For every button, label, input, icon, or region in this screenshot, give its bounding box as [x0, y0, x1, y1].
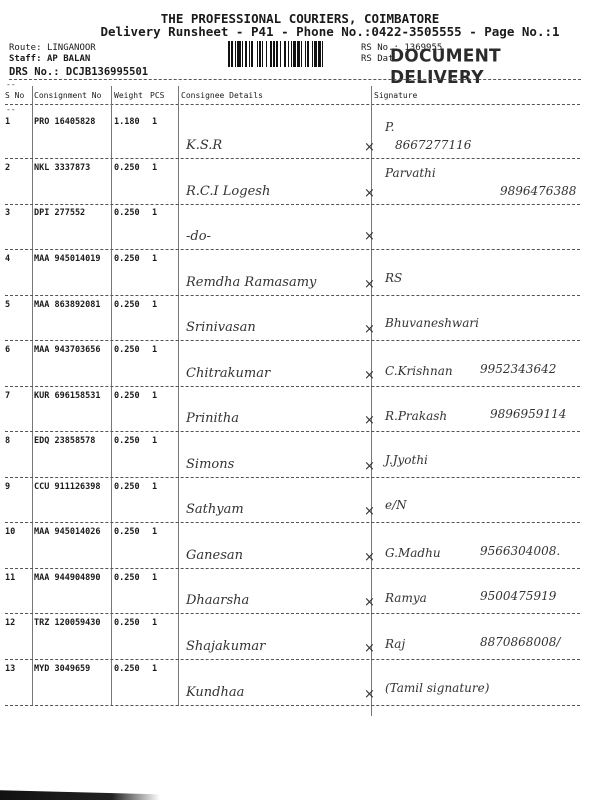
row-divider	[5, 613, 580, 614]
route-value: LINGANOOR	[47, 43, 96, 53]
cell-weight: 0.250	[114, 254, 140, 264]
cell-signature: (Tamil signature)	[385, 681, 489, 695]
cell-pcs: 1	[152, 618, 157, 628]
cell-sno: 5	[5, 300, 10, 310]
cell-consignee: Chitrakumar	[186, 366, 270, 381]
cross-mark: ×	[364, 229, 375, 244]
cell-sno: 1	[5, 117, 10, 127]
cell-consignment: CCU 911126398	[34, 482, 101, 492]
col-header-signature: Signature	[374, 91, 417, 100]
row-divider	[5, 158, 580, 159]
row-divider	[5, 204, 580, 205]
cell-sno: 11	[5, 573, 15, 583]
cell-weight: 0.250	[114, 573, 140, 583]
cell-consignee: Remdha Ramasamy	[186, 275, 316, 290]
row-divider	[5, 340, 580, 341]
col-header-sno: S No	[5, 91, 24, 100]
cell-consignment: MAA 863892081	[34, 300, 101, 310]
col-header-pcs: PCS	[150, 91, 164, 100]
cell-signature: R.Prakash	[385, 409, 447, 423]
cell-pcs: 1	[152, 208, 157, 218]
cell-signature: C.Krishnan	[385, 364, 453, 378]
cell-sno: 7	[5, 391, 10, 401]
cell-consignee: Prinitha	[186, 411, 239, 426]
cross-mark: ×	[364, 504, 375, 519]
cell-phone: 9896959114	[490, 407, 566, 421]
cell-consignee: K.S.R	[186, 138, 222, 153]
barcode-bar	[323, 41, 325, 67]
route-line: Route: LINGANOOR	[9, 43, 96, 53]
cell-pcs: 1	[152, 436, 157, 446]
col-header-weight: Weight	[114, 91, 143, 100]
cell-consignment: MYD 3049659	[34, 664, 90, 674]
cross-mark: ×	[364, 641, 375, 656]
cross-mark: ×	[364, 595, 375, 610]
col-rule-4	[371, 86, 372, 716]
cell-weight: 0.250	[114, 163, 140, 173]
cell-signature: Parvathi	[385, 166, 436, 180]
cell-sno: 8	[5, 436, 10, 446]
cell-phone: 9566304008.	[480, 544, 560, 558]
drs-value: DCJB136995501	[66, 66, 148, 78]
cross-mark: ×	[364, 687, 375, 702]
cell-phone: 9896476388	[500, 184, 576, 198]
cell-pcs: 1	[152, 254, 157, 264]
cell-consignee: Kundhaa	[186, 685, 244, 700]
cell-signature: Ramya	[385, 591, 427, 605]
cell-pcs: 1	[152, 163, 157, 173]
row-divider	[5, 295, 580, 296]
cell-consignment: MAA 945014019	[34, 254, 101, 264]
cross-mark: ×	[364, 368, 375, 383]
cell-signature: G.Madhu	[385, 546, 441, 560]
drs-label: DRS No.:	[9, 66, 60, 78]
cell-phone: 9500475919	[480, 589, 556, 603]
cell-sno: 4	[5, 254, 10, 264]
cell-consignee: Sathyam	[186, 502, 244, 517]
cell-signature: P.	[385, 120, 394, 134]
cell-weight: 0.250	[114, 482, 140, 492]
cell-weight: 0.250	[114, 300, 140, 310]
cross-mark: ×	[364, 140, 375, 155]
cell-sno: 3	[5, 208, 10, 218]
separator-mark-2: --	[6, 105, 16, 114]
drs-line: DRS No.: DCJB136995501	[9, 66, 148, 78]
barcode	[228, 41, 356, 67]
cell-signature: Raj	[385, 637, 405, 651]
cell-consignment: MAA 945014026	[34, 527, 101, 537]
cell-consignment: NKL 3337873	[34, 163, 90, 173]
cell-weight: 0.250	[114, 527, 140, 537]
cell-sno: 12	[5, 618, 15, 628]
cell-weight: 1.180	[114, 117, 140, 127]
cell-consignee: Ganesan	[186, 548, 243, 563]
cell-consignment: MAA 943703656	[34, 345, 101, 355]
table-header-divider	[5, 104, 580, 105]
cell-phone: 8667277116	[395, 138, 471, 152]
cell-consignment: KUR 696158531	[34, 391, 101, 401]
cross-mark: ×	[364, 186, 375, 201]
cell-phone: 8870868008/	[480, 635, 560, 649]
runsheet-subtitle: Delivery Runsheet - P41 - Phone No.:0422…	[30, 24, 600, 39]
staff-value: AP BALAN	[47, 54, 90, 64]
scan-edge-shadow	[0, 786, 160, 800]
col-header-consignee: Consignee Details	[181, 91, 263, 100]
cell-weight: 0.250	[114, 208, 140, 218]
cell-signature: RS	[385, 271, 402, 285]
cell-consignee: Dhaarsha	[186, 593, 249, 608]
cross-mark: ×	[364, 550, 375, 565]
staff-label: Staff:	[9, 54, 42, 64]
staff-line: Staff: AP BALAN	[9, 54, 90, 64]
cell-phone: 9952343642	[480, 362, 556, 376]
cell-pcs: 1	[152, 300, 157, 310]
rs-date-label: RS Dat	[361, 54, 394, 64]
cell-weight: 0.250	[114, 391, 140, 401]
cell-sno: 9	[5, 482, 10, 492]
cell-sno: 10	[5, 527, 15, 537]
cell-consignment: EDQ 23858578	[34, 436, 95, 446]
cell-sno: 2	[5, 163, 10, 173]
row-divider	[5, 568, 580, 569]
cross-mark: ×	[364, 322, 375, 337]
cell-signature: e/N	[385, 498, 407, 512]
cell-weight: 0.250	[114, 345, 140, 355]
row-divider	[5, 522, 580, 523]
cell-consignee: R.C.I Logesh	[186, 184, 270, 199]
cell-weight: 0.250	[114, 618, 140, 628]
cross-mark: ×	[364, 277, 375, 292]
col-header-consignment: Consignment No	[34, 91, 101, 100]
document-delivery-stamp: DOCUMENT DELIVERY	[390, 46, 600, 88]
cell-sno: 6	[5, 345, 10, 355]
row-divider	[5, 249, 580, 250]
cell-consignee: -do-	[186, 229, 211, 244]
header-divider	[9, 79, 581, 80]
cell-consignment: PRO 16405828	[34, 117, 95, 127]
cell-consignee: Srinivasan	[186, 320, 256, 335]
row-divider	[5, 386, 580, 387]
row-divider	[5, 705, 580, 706]
cell-pcs: 1	[152, 117, 157, 127]
cell-consignment: MAA 944904890	[34, 573, 101, 583]
cell-consignee: Shajakumar	[186, 639, 265, 654]
row-divider	[5, 659, 580, 660]
cross-mark: ×	[364, 459, 375, 474]
cell-consignment: DPI 277552	[34, 208, 85, 218]
cell-pcs: 1	[152, 391, 157, 401]
cross-mark: ×	[364, 413, 375, 428]
separator-mark: --	[6, 80, 16, 89]
cell-pcs: 1	[152, 345, 157, 355]
row-divider	[5, 431, 580, 432]
cell-signature: J.Jyothi	[385, 453, 428, 467]
cell-pcs: 1	[152, 482, 157, 492]
cell-consignee: Simons	[186, 457, 234, 472]
cell-consignment: TRZ 120059430	[34, 618, 101, 628]
route-label: Route:	[9, 43, 42, 53]
cell-pcs: 1	[152, 664, 157, 674]
cell-sno: 13	[5, 664, 15, 674]
cell-signature: Bhuvaneshwari	[385, 316, 479, 330]
cell-pcs: 1	[152, 573, 157, 583]
cell-weight: 0.250	[114, 664, 140, 674]
cell-weight: 0.250	[114, 436, 140, 446]
cell-pcs: 1	[152, 527, 157, 537]
row-divider	[5, 477, 580, 478]
